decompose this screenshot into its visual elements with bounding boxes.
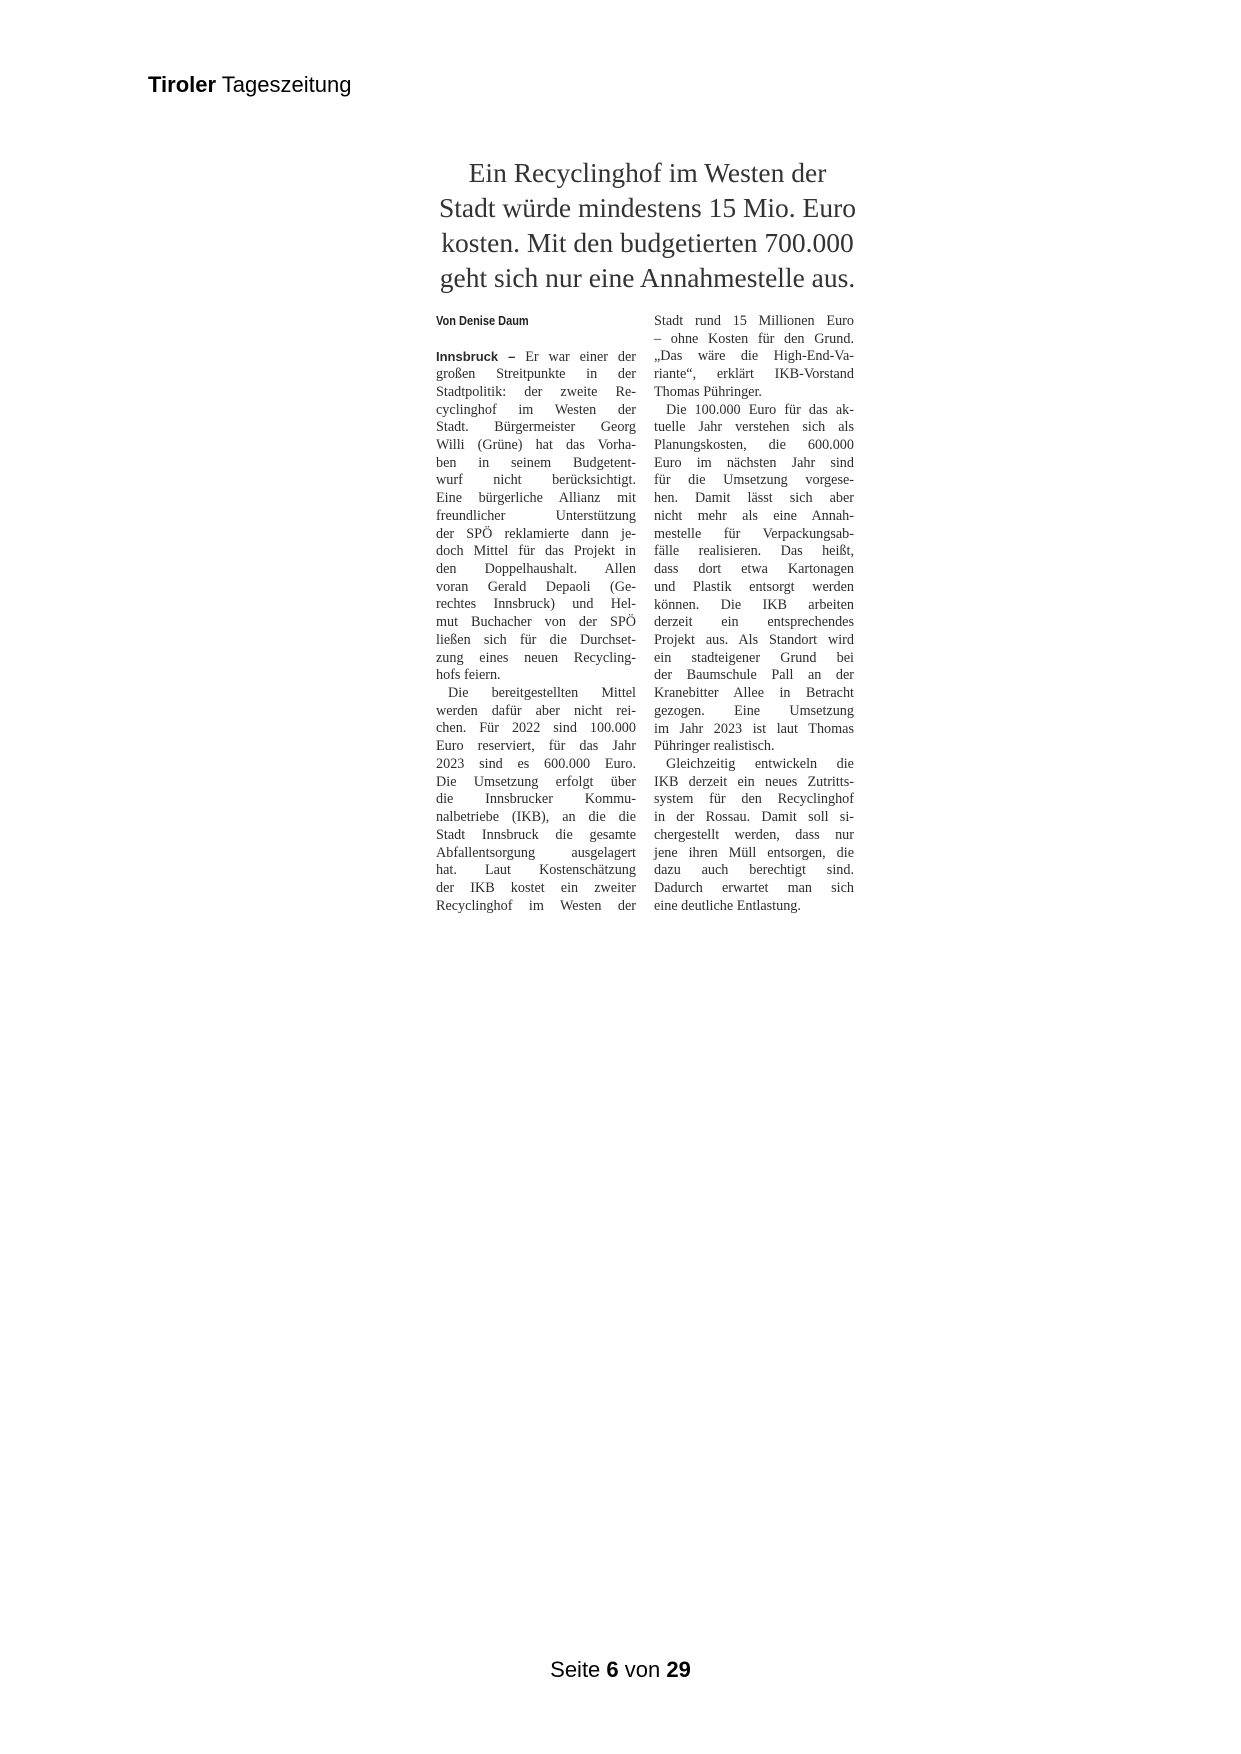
body-line: Die bereitgestellten Mittel (436, 685, 636, 703)
headline-line: Ein Recyclinghof im Westen der (435, 155, 860, 190)
body-line: Stadt Innsbruck die gesamte (436, 827, 636, 845)
body-line: voran Gerald Depaoli (Ge- (436, 579, 636, 597)
body-line: Euro im nächsten Jahr sind (654, 455, 854, 473)
body-line: Recyclinghof im Westen der (436, 898, 636, 916)
body-line: Kranebitter Allee in Betracht (654, 685, 854, 703)
body-line: ein stadteigener Grund bei (654, 650, 854, 668)
body-line: Die 100.000 Euro für das ak- (654, 402, 854, 420)
headline-line: Stadt würde mindestens 15 Mio. Euro (435, 190, 860, 225)
body-line: fälle realisieren. Das heißt, (654, 543, 854, 561)
body-line: tuelle Jahr verstehen sich als (654, 419, 854, 437)
body-line: Innsbruck – Er war einer der (436, 348, 636, 366)
body-line: der SPÖ reklamierte dann je- (436, 526, 636, 544)
body-line: doch Mittel für das Projekt in (436, 543, 636, 561)
body-line: eine deutliche Entlastung. (654, 898, 854, 916)
body-line: gezogen. Eine Umsetzung (654, 703, 854, 721)
headline-line: geht sich nur eine Annahmestelle aus. (435, 260, 860, 295)
total-pages: 29 (666, 1657, 690, 1682)
body-line: in der Rossau. Damit soll si- (654, 809, 854, 827)
body-line: chen. Für 2022 sind 100.000 (436, 720, 636, 738)
body-line: der Baumschule Pall an der (654, 667, 854, 685)
body-line: mestelle für Verpackungsab- (654, 526, 854, 544)
body-line: nicht mehr als eine Annah- (654, 508, 854, 526)
publication-masthead: Tiroler Tageszeitung (148, 72, 351, 98)
dateline: Innsbruck – (436, 349, 515, 364)
current-page: 6 (606, 1657, 618, 1682)
body-line: ließen sich für die Durchset- (436, 632, 636, 650)
publication-name-regular: Tageszeitung (216, 72, 351, 97)
body-line: freundlicher Unterstützung (436, 508, 636, 526)
body-line: rechtes Innsbruck) und Hel- (436, 596, 636, 614)
body-line: Stadt rund 15 Millionen Euro (654, 313, 854, 331)
publication-name-bold: Tiroler (148, 72, 216, 97)
body-line: – ohne Kosten für den Grund. (654, 331, 854, 349)
body-line: Pühringer realistisch. (654, 738, 854, 756)
body-line: riante“, erklärt IKB-Vorstand (654, 366, 854, 384)
body-line: Gleichzeitig entwickeln die (654, 756, 854, 774)
page-number: Seite 6 von 29 (0, 1657, 1241, 1683)
body-line: derzeit ein entsprechendes (654, 614, 854, 632)
body-line: 2023 sind es 600.000 Euro. (436, 756, 636, 774)
body-line: zung eines neuen Recycling- (436, 650, 636, 668)
body-line: und Plastik entsorgt werden (654, 579, 854, 597)
headline-line: kosten. Mit den budgetierten 700.000 (435, 225, 860, 260)
body-line: der IKB kostet ein zweiter (436, 880, 636, 898)
body-line: für die Umsetzung vorgese- (654, 472, 854, 490)
body-line: ben in seinem Budgetent- (436, 455, 636, 473)
article-column-right: Stadt rund 15 Millionen Euro – ohne Kost… (654, 313, 854, 915)
article: Ein Recyclinghof im Westen der Stadt wür… (435, 155, 860, 295)
body-line: Abfallentsorgung ausgelagert (436, 845, 636, 863)
article-column-left: Von Denise Daum Innsbruck – Er war einer… (436, 313, 636, 915)
body-line: „Das wäre die High-End-Va- (654, 348, 854, 366)
body-line: hat. Laut Kostenschätzung (436, 862, 636, 880)
body-line: mut Buchacher von der SPÖ (436, 614, 636, 632)
body-line: dazu auch berechtigt sind. (654, 862, 854, 880)
body-line: hen. Damit lässt sich aber (654, 490, 854, 508)
body-line: großen Streitpunkte in der (436, 366, 636, 384)
body-line: cyclinghof im Westen der (436, 402, 636, 420)
body-line: chergestellt werden, dass nur (654, 827, 854, 845)
body-line: nalbetriebe (IKB), an die die (436, 809, 636, 827)
body-line: den Doppelhaushalt. Allen (436, 561, 636, 579)
body-line: Thomas Pühringer. (654, 384, 854, 402)
body-line: IKB derzeit ein neues Zutritts- (654, 774, 854, 792)
body-line: dass dort etwa Kartonagen (654, 561, 854, 579)
body-line: Planungskosten, die 600.000 (654, 437, 854, 455)
body-line: system für den Recyclinghof (654, 791, 854, 809)
article-headline: Ein Recyclinghof im Westen der Stadt wür… (435, 155, 860, 295)
body-line: Euro reserviert, für das Jahr (436, 738, 636, 756)
body-line: werden dafür aber nicht rei- (436, 703, 636, 721)
body-line: können. Die IKB arbeiten (654, 597, 854, 615)
body-line: wurf nicht berücksichtigt. (436, 472, 636, 490)
body-line: im Jahr 2023 ist laut Thomas (654, 721, 854, 739)
body-line: Willi (Grüne) hat das Vorha- (436, 437, 636, 455)
body-line: hofs feiern. (436, 667, 636, 685)
body-line: die Innsbrucker Kommu- (436, 791, 636, 809)
body-line: Stadt. Bürgermeister Georg (436, 419, 636, 437)
body-line: Projekt aus. Als Standort wird (654, 632, 854, 650)
body-line: Dadurch erwartet man sich (654, 880, 854, 898)
body-line: Die Umsetzung erfolgt über (436, 774, 636, 792)
body-line: Eine bürgerliche Allianz mit (436, 490, 636, 508)
body-line: Stadtpolitik: der zweite Re- (436, 384, 636, 402)
body-line: jene ihren Müll entsorgen, die (654, 845, 854, 863)
byline: Von Denise Daum (436, 313, 612, 331)
